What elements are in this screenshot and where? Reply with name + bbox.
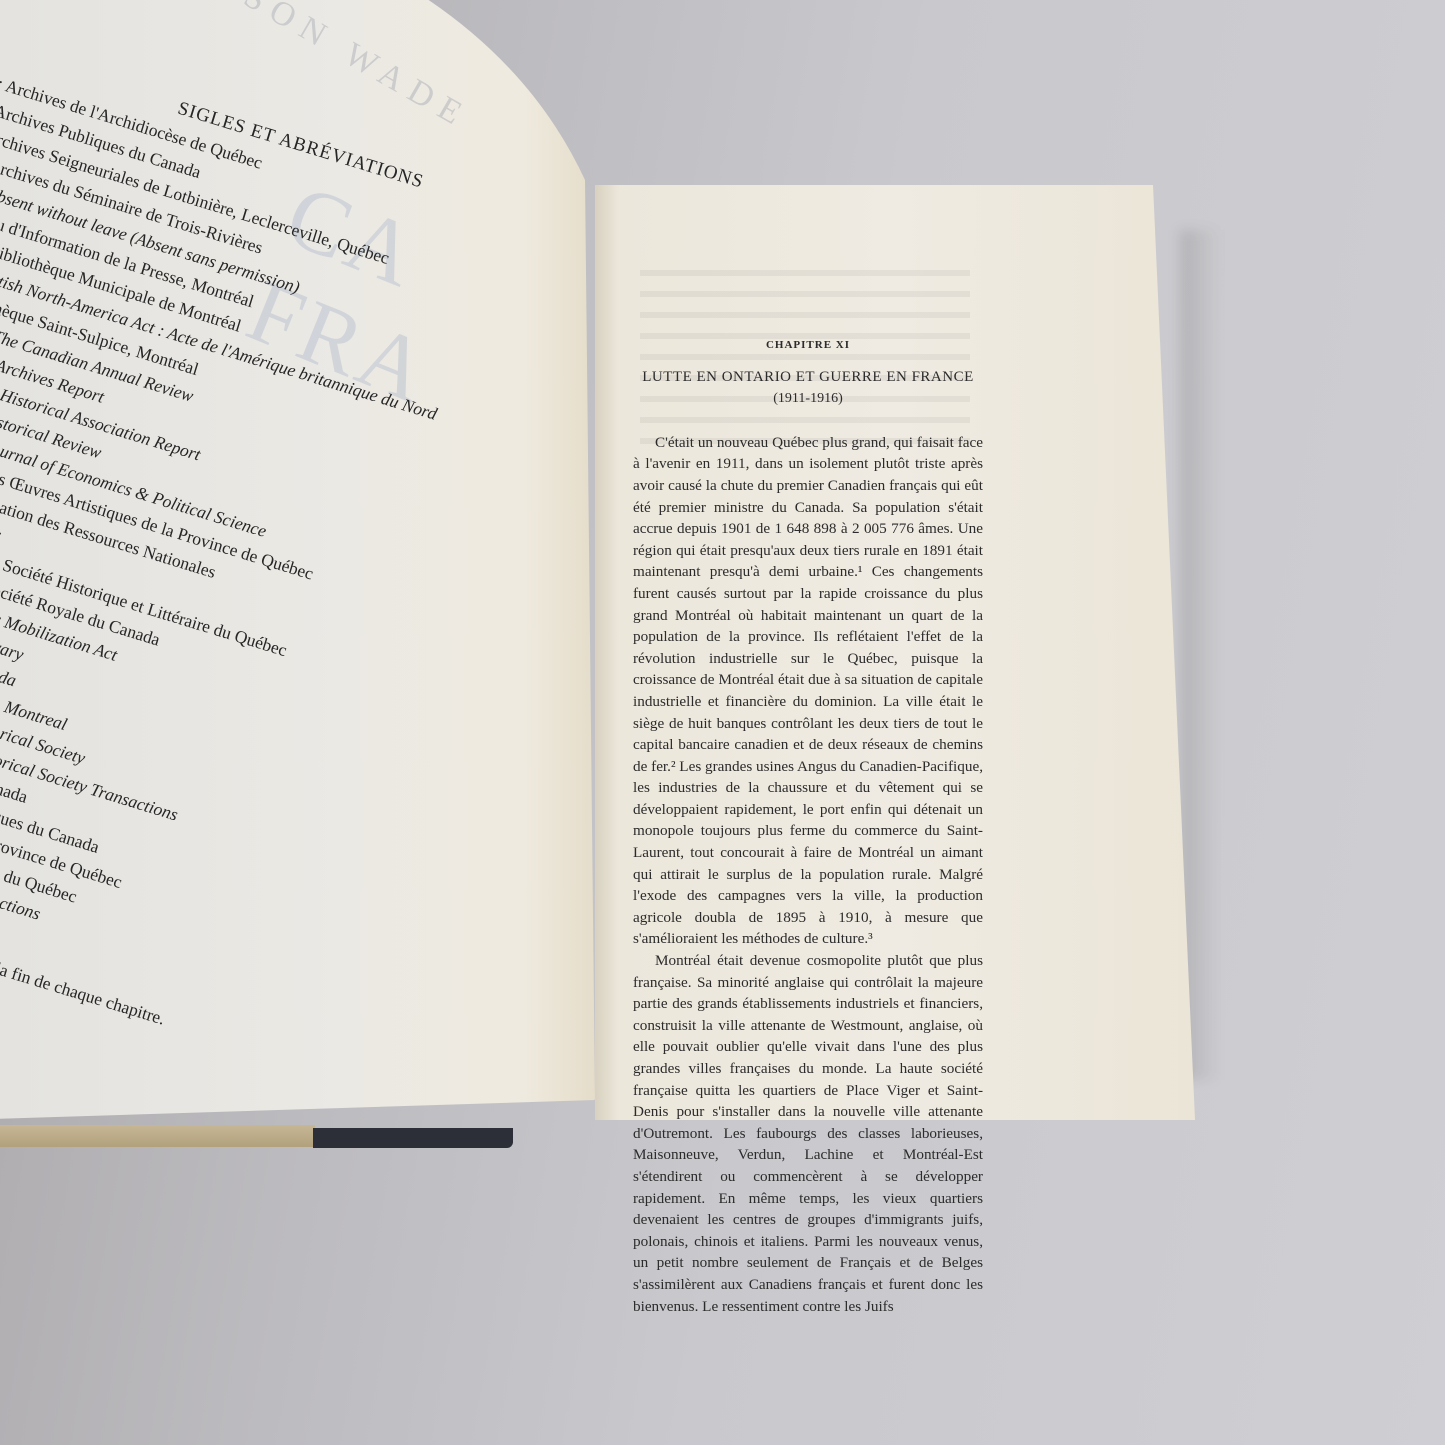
left-page: MASON WADE CA FRA SIGLES ET ABRÉVIATIONS… bbox=[0, 0, 600, 1135]
book-cover-edge bbox=[313, 1128, 513, 1148]
book-edge-tan bbox=[0, 1125, 315, 1147]
paragraph: C'était un nouveau Québec plus grand, qu… bbox=[633, 432, 983, 950]
chapter-title: LUTTE EN ONTARIO ET GUERRE EN FRANCE bbox=[633, 367, 983, 389]
abbreviations-list: SIGLES ET ABRÉVIATIONS AAQ : Archives de… bbox=[0, 30, 582, 1081]
chapter-content: CHAPITRE XI LUTTE EN ONTARIO ET GUERRE E… bbox=[633, 335, 983, 1317]
book-photo: MASON WADE CA FRA SIGLES ET ABRÉVIATIONS… bbox=[0, 0, 1445, 1445]
chapter-dates: (1911-1916) bbox=[633, 388, 983, 410]
chapter-label: CHAPITRE XI bbox=[633, 335, 983, 357]
paragraph: Montréal était devenue cosmopolite plutô… bbox=[633, 950, 983, 1317]
